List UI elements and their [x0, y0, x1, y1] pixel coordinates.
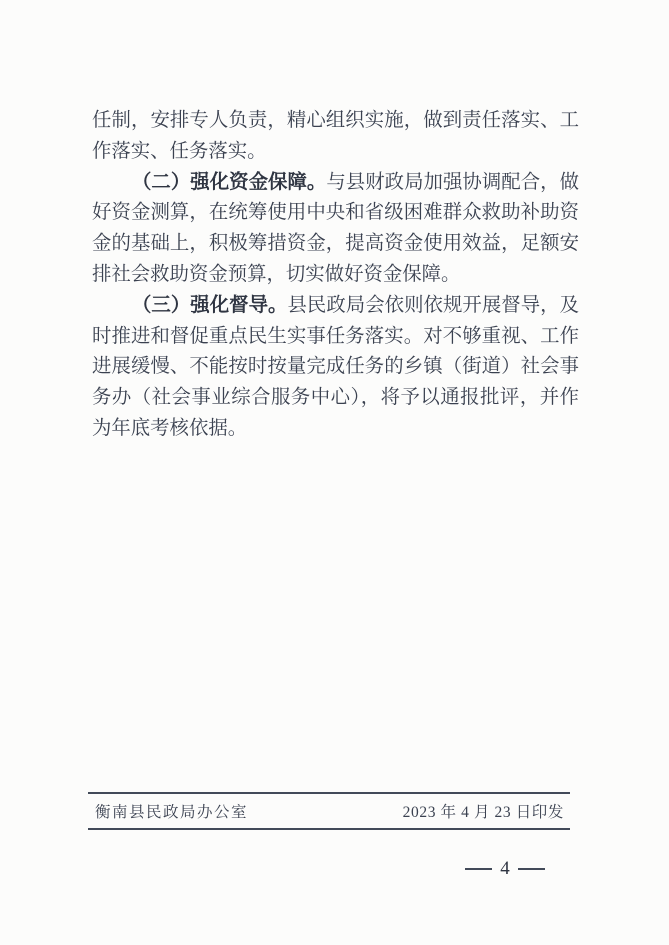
page-number-dash-right: [518, 868, 545, 870]
body-line: 时推进和督促重点民生实事任务落实。对不够重视、工作: [92, 322, 579, 353]
text-run: 好资金测算，在统筹使用中央和省级困难群众救助补助资: [92, 202, 579, 223]
page-number: 4: [438, 858, 572, 880]
body-line: 好资金测算，在统筹使用中央和省级困难群众救助补助资: [92, 198, 579, 229]
heading-run: （三）强化督导。: [132, 295, 288, 316]
footer-print-date: 2023 年 4 月 23 日印发: [403, 800, 570, 822]
body-line: 进展缓慢、不能按时按量完成任务的乡镇（街道）社会事: [92, 352, 579, 383]
body-line: （二）强化资金保障。与县财政局加强协调配合，做: [92, 168, 579, 199]
body-line: 任制，安排专人负责，精心组织实施，做到责任落实、工: [92, 106, 579, 137]
body-line: 排社会救助资金预算，切实做好资金保障。: [92, 260, 579, 291]
body-line: （三）强化督导。县民政局会依则依规开展督导，及: [92, 291, 579, 322]
text-run: 与县财政局加强协调配合，做: [326, 172, 579, 193]
text-run: 县民政局会依则依规开展督导，及: [288, 295, 580, 316]
document-page: 任制，安排专人负责，精心组织实施，做到责任落实、工作落实、任务落实。（二）强化资…: [0, 0, 669, 945]
body-line: 金的基础上，积极筹措资金，提高资金使用效益，足额安: [92, 229, 579, 260]
text-run: 任制，安排专人负责，精心组织实施，做到责任落实、工: [92, 110, 579, 131]
body-line: 为年底考核依据。: [92, 414, 579, 445]
body-line: 务办（社会事业综合服务中心），将予以通报批评，并作: [92, 383, 579, 414]
text-run: 务办（社会事业综合服务中心），将予以通报批评，并作: [92, 387, 579, 408]
heading-run: （二）强化资金保障。: [132, 172, 326, 193]
text-run: 作落实、任务落实。: [92, 141, 267, 162]
body-line: 作落实、任务落实。: [92, 137, 579, 168]
text-run: 为年底考核依据。: [92, 418, 247, 439]
page-number-value: 4: [500, 858, 510, 880]
document-body: 任制，安排专人负责，精心组织实施，做到责任落实、工作落实、任务落实。（二）强化资…: [92, 106, 579, 445]
footer-issuer: 衡南县民政局办公室: [88, 800, 248, 822]
text-run: 排社会救助资金预算，切实做好资金保障。: [92, 264, 460, 285]
text-run: 进展缓慢、不能按时按量完成任务的乡镇（街道）社会事: [92, 356, 579, 377]
text-run: 时推进和督促重点民生实事任务落实。对不够重视、工作: [92, 326, 579, 347]
page-number-dash-left: [465, 868, 492, 870]
footer-rule-bottom: [88, 828, 570, 830]
text-run: 金的基础上，积极筹措资金，提高资金使用效益，足额安: [92, 233, 579, 254]
footer-row: 衡南县民政局办公室 2023 年 4 月 23 日印发: [88, 794, 570, 828]
